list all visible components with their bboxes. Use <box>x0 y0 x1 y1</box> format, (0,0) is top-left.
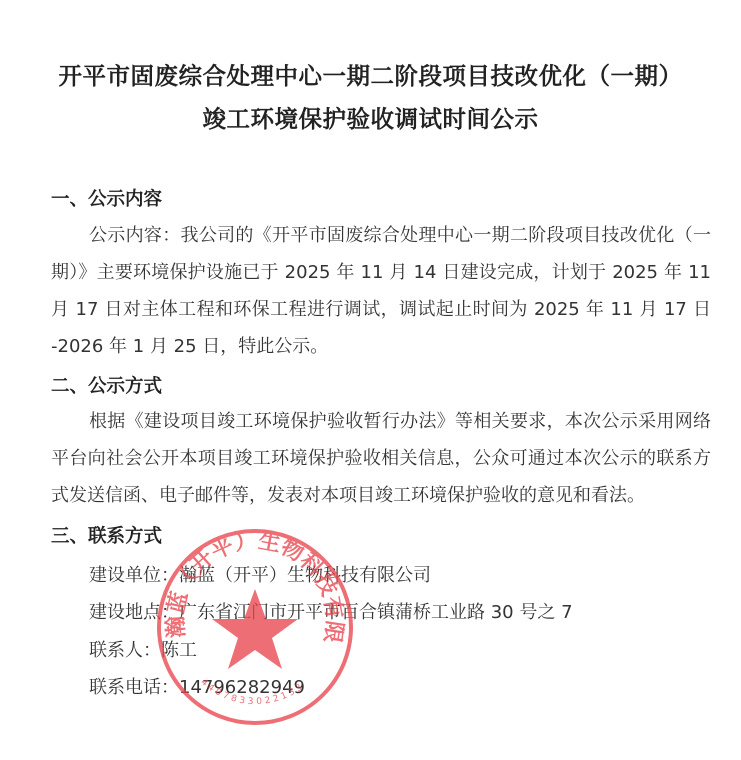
contact-row-company: 建设单位：瀚蓝（开平）生物科技有限公司 <box>89 561 431 587</box>
contact-row-person: 联系人：陈工 <box>89 636 197 662</box>
contact-row-phone: 联系电话：14796282949 <box>89 673 305 699</box>
section-heading-content: 一、公示内容 <box>51 185 162 211</box>
section-paragraph-method: 根据《建设项目竣工环境保护验收暂行办法》等相关要求，本次公示采用网络平台向社会公… <box>51 403 711 514</box>
contact-value: 陈工 <box>161 640 197 661</box>
section-paragraph-content: 公示内容：我公司的《开平市固废综合处理中心一期二阶段项目技改优化（一期）》主要环… <box>51 217 711 365</box>
document-title-line-2: 竣工环境保护验收调试时间公示 <box>0 100 741 134</box>
document-title-line-1: 开平市固废综合处理中心一期二阶段项目技改优化（一期） <box>0 57 741 91</box>
contact-value: 瀚蓝（开平）生物科技有限公司 <box>179 565 431 586</box>
contact-value: 14796282949 <box>179 677 305 698</box>
contact-value: 广东省江门市开平市百合镇蒲桥工业路 30 号之 7 <box>179 602 573 623</box>
contact-label: 联系人： <box>89 640 161 661</box>
contact-label: 建设单位： <box>89 565 179 586</box>
contact-label: 建设地点： <box>89 602 179 623</box>
section-heading-method: 二、公示方式 <box>51 372 162 398</box>
contact-row-address: 建设地点：广东省江门市开平市百合镇蒲桥工业路 30 号之 7 <box>89 598 573 624</box>
section-heading-contact: 三、联系方式 <box>51 522 162 548</box>
contact-label: 联系电话： <box>89 677 179 698</box>
